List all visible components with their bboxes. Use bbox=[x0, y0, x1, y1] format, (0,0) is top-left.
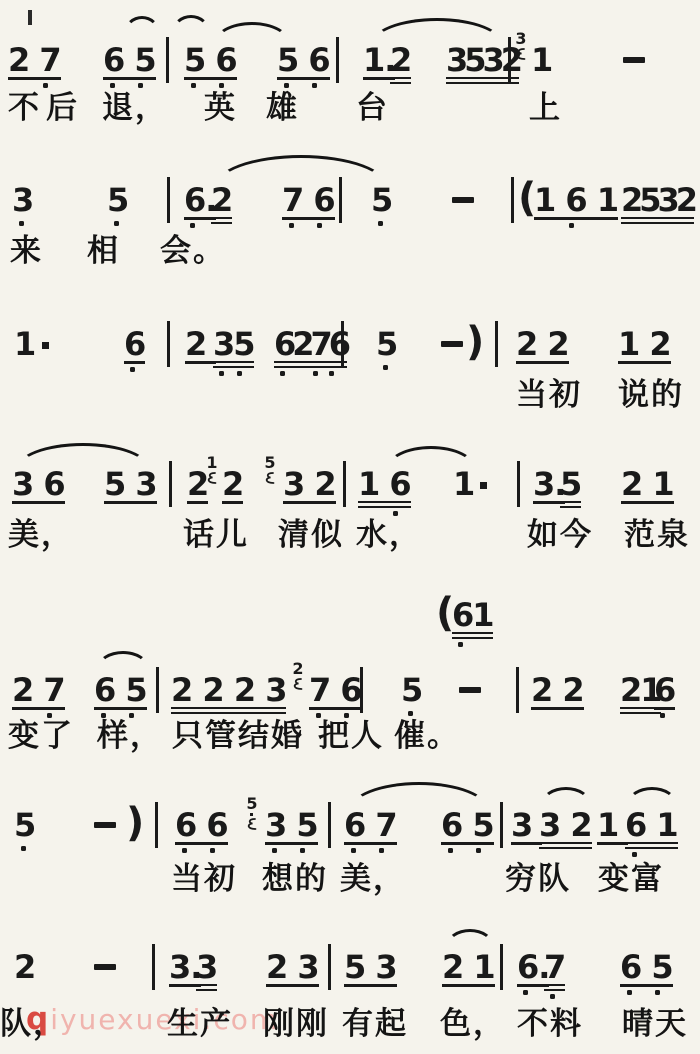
note-token: 3 2 bbox=[283, 467, 336, 504]
lyric-word: 说的 bbox=[618, 377, 684, 412]
lyric-word: 晴天 bbox=[622, 1006, 688, 1041]
note-token: 5 3 bbox=[344, 950, 397, 987]
barline bbox=[152, 944, 155, 990]
low-octave-dot bbox=[312, 83, 317, 88]
low-octave-dot bbox=[550, 994, 555, 999]
low-octave-dot bbox=[351, 848, 356, 853]
parenthesis: ) bbox=[466, 322, 484, 362]
grace-hook-icon bbox=[264, 471, 275, 487]
low-octave-dot bbox=[219, 371, 224, 376]
note-token: 2 7 bbox=[8, 43, 61, 80]
low-octave-dot bbox=[130, 367, 135, 372]
parenthesis: ) bbox=[126, 803, 144, 843]
slur-arc bbox=[627, 787, 677, 821]
barline bbox=[360, 667, 363, 713]
note-token: 5 6 bbox=[277, 43, 330, 80]
lyric-word: 美， bbox=[340, 861, 406, 896]
watermark-text: iyuexuexi.com bbox=[50, 1003, 279, 1036]
low-octave-dot bbox=[655, 990, 660, 995]
held-note-dash bbox=[94, 964, 116, 970]
grace-note-digit: 5 bbox=[246, 796, 256, 812]
lyric-word: 英 bbox=[204, 90, 237, 125]
barline bbox=[169, 461, 172, 507]
grace-note-digit: 5 bbox=[264, 455, 274, 471]
held-note-dash bbox=[441, 341, 463, 347]
low-octave-dot bbox=[182, 848, 187, 853]
low-octave-dot bbox=[21, 846, 26, 851]
note-token: 2 bbox=[14, 950, 35, 984]
barline bbox=[336, 37, 339, 83]
low-octave-dot bbox=[448, 848, 453, 853]
lyric-word: 台 bbox=[356, 90, 389, 125]
lyric-word: 穷队 bbox=[505, 861, 571, 896]
lyric-word: 来 bbox=[10, 233, 43, 268]
barline bbox=[155, 802, 158, 848]
low-octave-dot bbox=[190, 223, 195, 228]
barline bbox=[500, 944, 503, 990]
low-octave-dot bbox=[272, 848, 277, 853]
note-token: 35 bbox=[213, 327, 254, 368]
barline bbox=[495, 321, 498, 367]
held-note-dash bbox=[623, 57, 645, 63]
slur-arc bbox=[124, 16, 160, 50]
note-token: 6276 bbox=[274, 327, 347, 368]
barline bbox=[500, 802, 503, 848]
low-octave-dot bbox=[408, 711, 413, 716]
note-token: 2 2 bbox=[516, 327, 569, 364]
low-octave-dot bbox=[210, 848, 215, 853]
lyric-word: 如今 bbox=[527, 517, 593, 552]
barline bbox=[328, 802, 331, 848]
margin-mark bbox=[28, 10, 32, 25]
low-octave-dot bbox=[627, 990, 632, 995]
note-token: 5 bbox=[376, 327, 397, 361]
note-token: 3 5 bbox=[265, 808, 318, 845]
lyric-word: 雄 bbox=[266, 90, 299, 125]
note-token: 6 5 bbox=[620, 950, 673, 987]
low-octave-dot bbox=[191, 83, 196, 88]
lyric-word: 上 bbox=[529, 90, 562, 125]
held-note-dash bbox=[94, 822, 116, 828]
note-token: 5 bbox=[401, 673, 422, 707]
lyric-word: 生产 bbox=[167, 1006, 233, 1041]
low-octave-dot bbox=[138, 83, 143, 88]
grace-note: 3 bbox=[515, 31, 526, 63]
low-octave-dot bbox=[569, 223, 574, 228]
augmentation-dot bbox=[42, 342, 49, 349]
note-token: 1 bbox=[597, 808, 628, 845]
barline bbox=[328, 944, 331, 990]
note-token: 6 5 bbox=[94, 673, 147, 710]
low-octave-dot bbox=[280, 371, 285, 376]
note-token: 5 3 bbox=[104, 467, 157, 504]
note-token: 1 bbox=[453, 467, 474, 501]
lyric-word: 想的 bbox=[262, 861, 328, 896]
grace-note: 5 bbox=[246, 796, 257, 833]
lyric-word: 有起 bbox=[342, 1006, 408, 1041]
note-token: 61 bbox=[452, 598, 493, 639]
lyric-word: 只管结婚 bbox=[172, 718, 304, 753]
note-token: 2 1 bbox=[442, 950, 495, 987]
barline bbox=[166, 37, 169, 83]
note-token: 2 2 2 3 bbox=[171, 673, 286, 714]
lyric-word: 不 bbox=[8, 90, 41, 125]
low-octave-dot bbox=[300, 848, 305, 853]
low-octave-dot bbox=[313, 371, 318, 376]
note-token: 7 bbox=[544, 950, 565, 991]
low-octave-dot bbox=[632, 852, 637, 857]
note-token: 6 bbox=[654, 673, 675, 710]
barline bbox=[167, 321, 170, 367]
lyric-word: 话儿 bbox=[183, 517, 249, 552]
barline bbox=[343, 461, 346, 507]
note-token: 2 2 bbox=[531, 673, 584, 710]
barline bbox=[511, 177, 514, 223]
score-page: qiyuexuexi.com 2 76 55 65 61.2353231不后退，… bbox=[0, 0, 700, 1054]
low-octave-dot bbox=[237, 371, 242, 376]
low-octave-dot bbox=[393, 511, 398, 516]
lyric-word: 当初 bbox=[516, 377, 582, 412]
lyric-word: 水， bbox=[356, 517, 422, 552]
note-token: 7 6 bbox=[282, 183, 335, 220]
lyric-word: 当初 bbox=[171, 861, 237, 896]
held-note-dash bbox=[459, 687, 481, 693]
lyric-word: 会。 bbox=[160, 233, 226, 268]
low-octave-dot bbox=[284, 83, 289, 88]
lyric-word: 相 bbox=[87, 233, 120, 268]
grace-note: 5 bbox=[264, 455, 275, 487]
note-token: 3 6 bbox=[12, 467, 65, 504]
note-token: 2 bbox=[185, 327, 216, 364]
note-token: 5 bbox=[560, 467, 581, 508]
lyric-word: 范泉 bbox=[624, 517, 690, 552]
note-token: 1 6 1 bbox=[534, 183, 618, 220]
barline bbox=[517, 461, 520, 507]
lyric-word: 样， bbox=[97, 718, 163, 753]
grace-note-digit: 1 bbox=[206, 455, 216, 471]
note-token: 5 bbox=[14, 808, 35, 842]
note-token: 5 bbox=[371, 183, 392, 217]
low-octave-dot bbox=[219, 83, 224, 88]
low-octave-dot bbox=[43, 83, 48, 88]
low-octave-dot bbox=[476, 848, 481, 853]
note-token: 3 bbox=[511, 808, 542, 845]
note-token: 2 7 bbox=[12, 673, 65, 710]
grace-note-digit: 3 bbox=[515, 31, 525, 47]
low-octave-dot bbox=[523, 990, 528, 995]
low-octave-dot bbox=[110, 83, 115, 88]
lyric-word: 刚刚 bbox=[263, 1006, 329, 1041]
low-octave-dot bbox=[379, 848, 384, 853]
grace-note: 2 bbox=[292, 661, 303, 693]
barline bbox=[156, 667, 159, 713]
lyric-word: 色， bbox=[440, 1006, 506, 1041]
grace-note-digit: 2 bbox=[292, 661, 302, 677]
low-octave-dot bbox=[19, 221, 24, 226]
grace-note: 1 bbox=[206, 455, 217, 487]
note-token: 2 1 bbox=[621, 467, 674, 504]
lyric-word: 后 bbox=[46, 90, 79, 125]
low-octave-dot bbox=[289, 223, 294, 228]
low-octave-dot bbox=[660, 713, 665, 718]
grace-hook-icon bbox=[292, 677, 303, 693]
lyric-word: 美， bbox=[8, 517, 74, 552]
note-token: 3 bbox=[196, 950, 217, 991]
note-token: 2532 bbox=[621, 183, 694, 224]
lyric-word: 队， bbox=[0, 1006, 66, 1041]
held-note-dash bbox=[452, 197, 474, 203]
barline bbox=[508, 37, 511, 83]
note-token: 2 3 bbox=[266, 950, 319, 987]
barline bbox=[341, 321, 344, 367]
note-token: 1 bbox=[14, 327, 35, 361]
lyric-word: 变富 bbox=[598, 861, 664, 896]
note-token: 2 bbox=[222, 467, 243, 504]
low-octave-dot bbox=[329, 371, 334, 376]
low-octave-dot bbox=[378, 221, 383, 226]
low-octave-dot bbox=[383, 365, 388, 370]
barline bbox=[339, 177, 342, 223]
low-octave-dot bbox=[458, 642, 463, 647]
lyric-word: 不料 bbox=[517, 1006, 583, 1041]
barline bbox=[167, 177, 170, 223]
note-token: 7 6 bbox=[309, 673, 362, 710]
grace-hook-icon bbox=[515, 47, 526, 63]
grace-hook-icon bbox=[246, 817, 257, 833]
note-token: 1 2 bbox=[618, 327, 671, 364]
note-token: 6 6 bbox=[175, 808, 228, 845]
lyric-word: 清似 bbox=[278, 517, 344, 552]
grace-hook-icon bbox=[206, 471, 217, 487]
note-token: 5 bbox=[107, 183, 128, 217]
lyric-word: 把人 bbox=[318, 718, 384, 753]
low-octave-dot bbox=[317, 223, 322, 228]
barline bbox=[516, 667, 519, 713]
note-token: 6 bbox=[124, 327, 145, 364]
lyric-word: 变了 bbox=[8, 718, 74, 753]
grace-note-dot bbox=[250, 813, 253, 816]
note-token: 6 7 bbox=[344, 808, 397, 845]
note-token: 3 bbox=[12, 183, 33, 217]
low-octave-dot bbox=[114, 221, 119, 226]
lyric-word: 退， bbox=[102, 90, 168, 125]
slur-arc bbox=[541, 787, 591, 821]
lyric-word: 催。 bbox=[394, 718, 460, 753]
note-token: 6 5 bbox=[441, 808, 494, 845]
augmentation-dot bbox=[480, 482, 487, 489]
note-token: 1 bbox=[531, 43, 552, 77]
